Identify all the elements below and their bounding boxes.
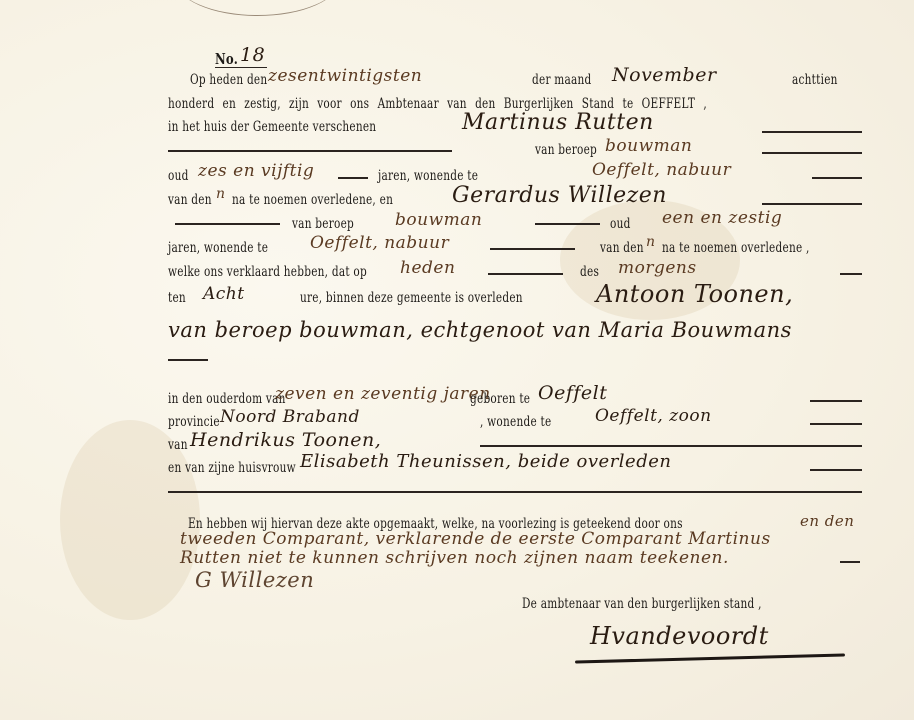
printed-text: van beroep: [292, 216, 354, 232]
printed-text: in het huis der Gemeente verschenen: [168, 119, 376, 135]
printed-text: en van zijne huisvrouw: [168, 460, 296, 476]
printed-text: Op heden den: [190, 72, 267, 88]
printed-text: jaren, wonende te: [168, 240, 268, 256]
printed-text: welke ons verklaard hebben, dat op: [168, 264, 367, 280]
handwritten-suffix: n: [646, 234, 656, 250]
handwritten-suffix: n: [216, 186, 226, 202]
act-number-underline: [215, 67, 267, 68]
printed-text: , wonende te: [480, 414, 551, 430]
fill-line: [490, 248, 575, 250]
printed-text: provincie: [168, 414, 220, 430]
fill-line: [810, 400, 862, 402]
fill-line: [168, 359, 208, 361]
handwritten-residence: Oeffelt, zoon: [595, 406, 712, 426]
printed-text: der maand: [532, 72, 592, 88]
witness-signature: G Willezen: [195, 568, 314, 592]
printed-text: na te noemen overledene, en: [232, 192, 393, 208]
fill-line: [535, 223, 600, 225]
official-signature: Hvandevoordt: [590, 622, 769, 650]
printed-text: jaren, wonende te: [378, 168, 478, 184]
handwritten-hour: Acht: [203, 284, 245, 304]
printed-text: geboren te: [470, 391, 530, 407]
fill-line: [175, 223, 280, 225]
handwritten-declarant2-occupation: bouwman: [395, 210, 482, 230]
fill-line: [168, 491, 862, 493]
printed-text: in den ouderdom van: [168, 391, 286, 407]
handwritten-day-of-death: heden: [400, 258, 455, 278]
signature-underline: [575, 653, 845, 663]
handwritten-declarant2-age: een en zestig: [662, 208, 782, 228]
handwritten-day: zesentwintigsten: [268, 66, 422, 86]
official-title: De ambtenaar van den burgerlijken stand …: [522, 596, 762, 612]
fill-line: [338, 177, 368, 179]
handwritten-declarant1-residence: Oeffelt, nabuur: [592, 160, 731, 180]
fill-line: [168, 150, 452, 152]
handwritten-father-name: Hendrikus Toonen,: [190, 429, 381, 451]
handwritten-deceased-details: van beroep bouwman, echtgenoot van Maria…: [168, 318, 792, 342]
handwritten-addition: en den: [800, 512, 854, 530]
printed-text: van den: [168, 192, 212, 208]
handwritten-declarant2-residence: Oeffelt, nabuur: [310, 233, 449, 253]
fill-line: [812, 177, 862, 179]
printed-text: ten: [168, 290, 186, 306]
handwritten-province: Noord Braband: [220, 407, 360, 427]
fill-line: [840, 561, 860, 563]
printed-text: van: [168, 437, 188, 453]
printed-text: oud: [168, 168, 189, 184]
handwritten-declarant1-age: zes en vijftig: [198, 161, 314, 181]
handwritten-month: November: [612, 64, 717, 86]
seal-stamp-edge: [175, 0, 340, 16]
handwritten-declarant1-name: Martinus Rutten: [462, 110, 654, 135]
handwritten-time-of-day: morgens: [618, 258, 697, 278]
handwritten-birthplace: Oeffelt: [538, 382, 607, 404]
printed-text: van den: [600, 240, 644, 256]
act-number-label: No.: [215, 50, 238, 68]
fill-line: [488, 273, 563, 275]
handwritten-addition: Rutten niet te kunnen schrijven noch zij…: [180, 548, 729, 568]
printed-text: oud: [610, 216, 631, 232]
fill-line: [762, 203, 862, 205]
printed-text: achttien: [792, 72, 838, 88]
handwritten-addition: tweeden Comparant, verklarende de eerste…: [180, 529, 771, 549]
printed-text: ure, binnen deze gemeente is overleden: [300, 290, 523, 306]
printed-text: des: [580, 264, 599, 280]
handwritten-deceased-name: Antoon Toonen,: [596, 280, 793, 308]
handwritten-declarant2-name: Gerardus Willezen: [452, 183, 667, 208]
act-number-value: 18: [240, 44, 265, 66]
fill-line: [480, 445, 862, 447]
fill-line: [810, 423, 862, 425]
fill-line: [762, 152, 862, 154]
handwritten-mother-name: Elisabeth Theunissen, beide overleden: [300, 451, 671, 472]
printed-text: van beroep: [535, 142, 597, 158]
handwritten-declarant1-occupation: bouwman: [605, 136, 692, 156]
fill-line: [840, 273, 862, 275]
handwritten-deceased-age: zeven en zeventig jaren: [275, 384, 491, 404]
printed-text: na te noemen overledene ,: [662, 240, 810, 256]
fill-line: [762, 131, 862, 133]
fill-line: [810, 469, 862, 471]
